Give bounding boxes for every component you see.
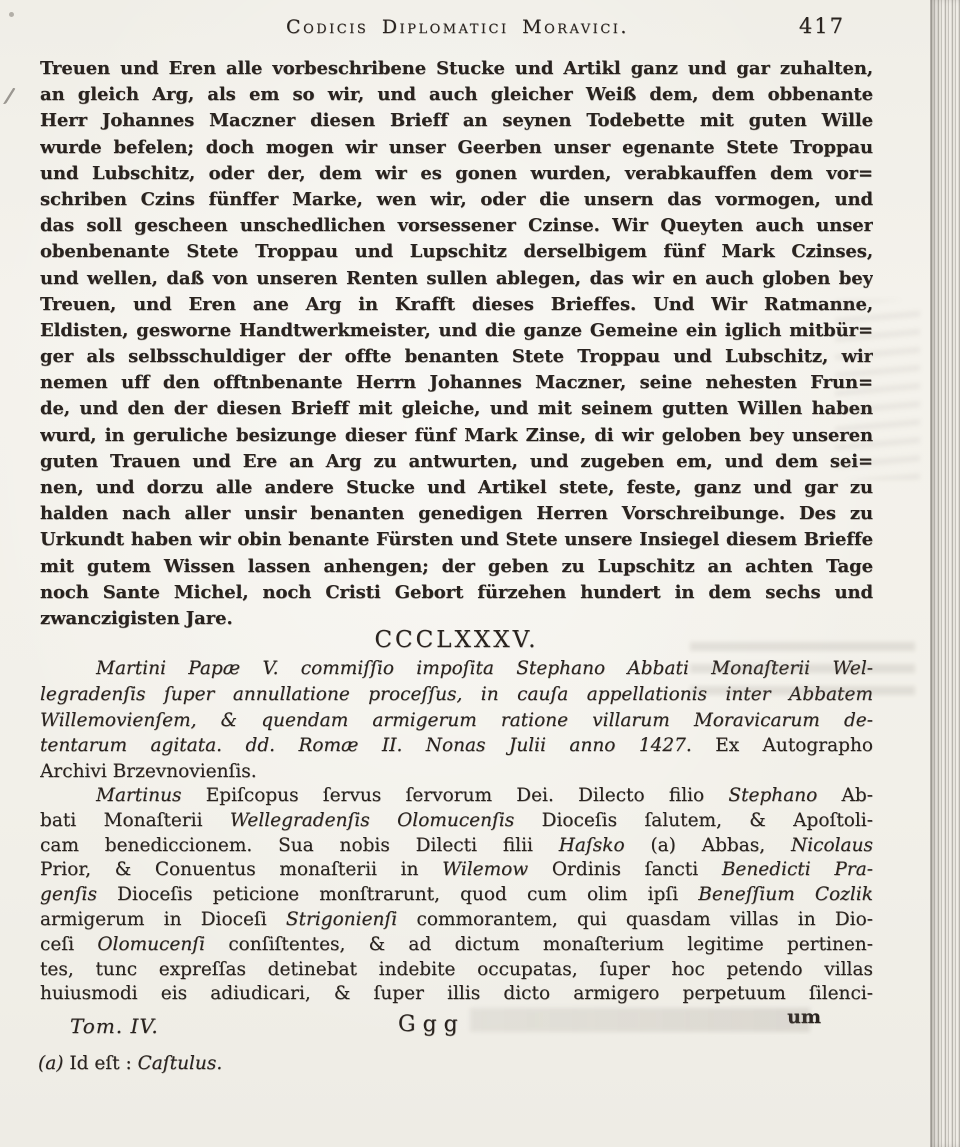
latin-bull-text: Martinus Epiſcopus ſervus ſervorum Dei. … [40, 784, 873, 1007]
text-segment: huiusmodi eis adiudicari, & ſuper illis … [40, 983, 873, 1004]
text-segment: Id eſt : [69, 1053, 137, 1074]
text-line: Martinus Epiſcopus ſervus ſervorum Dei. … [40, 784, 873, 809]
italic-segment: Wilemow [442, 859, 552, 880]
text-segment: bati Monaſterii [40, 810, 230, 831]
text-line: obenbenante Stete Troppau und Lupschitz … [40, 239, 873, 265]
text-segment: armigerum in Dioceſi [40, 909, 286, 930]
page-footer: Tom. IV. Ggg um [40, 1010, 873, 1046]
scanned-page: Codicis Diplomatici Moravici. 417 Treuen… [0, 0, 960, 1147]
italic-segment: Nicolaus [791, 835, 873, 856]
text-segment: Ordinis ſancti [552, 859, 722, 880]
italic-segment: Benedicti Pra- [722, 859, 873, 880]
text-line: tentarum agitata. dd. Romæ II. Nonas Jul… [40, 733, 873, 759]
page-number: 417 [799, 14, 845, 38]
text-line: genſis Dioceſis peticione monſtrarunt, q… [40, 883, 873, 908]
italic-segment: Strigonienſi [286, 909, 417, 930]
text-segment: conſiſtentes, & ad dictum monaſterium le… [228, 934, 873, 955]
text-line: Prior, & Conuentus monaſterii in Wilemow… [40, 858, 873, 883]
text-segment: cam benediccionem. Sua nobis Dilecti fil… [40, 835, 559, 856]
text-segment: commorantem, qui quasdam villas in Dio- [416, 909, 873, 930]
text-line: cam benediccionem. Sua nobis Dilecti fil… [40, 834, 873, 859]
text-segment: Ab- [842, 785, 873, 806]
text-segment: Dioceſis peticione monſtrarunt, quod cum… [117, 884, 698, 905]
italic-segment: (a) [38, 1053, 69, 1074]
italic-segment: tentarum agitata. dd. Romæ II. Nonas Jul… [40, 735, 715, 756]
text-line: nen, und dorzu alle andere Stucke und Ar… [40, 475, 873, 501]
text-segment: ceſi [40, 934, 97, 955]
entry-summary: Martini Papæ V. commiſſio impoſita Steph… [40, 656, 873, 785]
italic-segment: genſis [40, 884, 117, 905]
text-line: Urkundt haben wir obin benante Fürsten u… [40, 527, 873, 553]
italic-segment: Haſsko [559, 835, 651, 856]
text-line: ceſi Olomucenſi conſiſtentes, & ad dictu… [40, 933, 873, 958]
text-line: nemen uff den offtnbenante Herrn Johanne… [40, 370, 873, 396]
italic-segment: Olomucenſi [97, 934, 228, 955]
text-segment: tes, tunc expreſſas detinebat indebite o… [40, 959, 873, 980]
italic-segment: Martini Papæ V. commiſſio impoſita Steph… [96, 658, 873, 679]
tome-label: Tom. IV. [70, 1014, 159, 1038]
text-line: das soll gescheen unschedlichen vorsesse… [40, 213, 873, 239]
text-line: Willemovienſem, & quendam armigerum rati… [40, 708, 873, 734]
text-line: und wellen, daß von unseren Renten sulle… [40, 266, 873, 292]
text-line: an gleich Arg, als em so wir, und auch g… [40, 82, 873, 108]
text-line: de, und den der diesen Brieff mit gleich… [40, 396, 873, 422]
text-line: Treuen und Eren alle vorbeschribene Stuc… [40, 56, 873, 82]
text-line: Eldisten, gesworne Handtwerkmeister, und… [40, 318, 873, 344]
text-segment: (a) Abbas, [650, 835, 791, 856]
text-line: guten Trauen und Ere an Arg zu antwurten… [40, 449, 873, 475]
page-header: Codicis Diplomatici Moravici. 417 [40, 16, 875, 46]
paper-speck [9, 12, 14, 17]
italic-segment: Stephano [728, 785, 841, 806]
italic-segment: Caſtulus. [138, 1053, 223, 1074]
page-gutter-shadow [930, 0, 960, 1147]
text-line: noch Sante Michel, noch Cristi Gebort fü… [40, 580, 873, 606]
text-segment: Prior, & Conuentus monaſterii in [40, 859, 442, 880]
text-line: wurde befelen; doch mogen wir unser Geer… [40, 135, 873, 161]
text-line: legradenſis ſuper annullatione proceſſus… [40, 682, 873, 708]
edge-mark [0, 88, 16, 104]
italic-segment: Martinus [96, 785, 206, 806]
text-line: schriben Czins fünffer Marke, wen wir, o… [40, 187, 873, 213]
quire-signature: Ggg [398, 1012, 465, 1037]
text-line: Treuen, und Eren ane Arg in Krafft diese… [40, 292, 873, 318]
german-charter-text: Treuen und Eren alle vorbeschribene Stuc… [40, 56, 873, 632]
italic-segment: Willemovienſem, & quendam armigerum rati… [40, 710, 873, 731]
italic-segment: legradenſis ſuper annullatione proceſſus… [40, 684, 873, 705]
text-line: Herr Johannes Maczner diesen Brieff an s… [40, 108, 873, 134]
section-number-heading: CCCLXXXV. [40, 627, 873, 653]
text-line: tes, tunc expreſſas detinebat indebite o… [40, 958, 873, 983]
catchword: um [787, 1006, 821, 1028]
text-line: Martini Papæ V. commiſſio impoſita Steph… [40, 656, 873, 682]
text-line: armigerum in Dioceſi Strigonienſi commor… [40, 908, 873, 933]
text-line: (a) Id eſt : Caſtulus. [38, 1051, 871, 1077]
italic-segment: Wellegradenſis Olomucenſis [230, 810, 542, 831]
text-line: bati Monaſterii Wellegradenſis Olomucenſ… [40, 809, 873, 834]
text-line: halden nach aller unsir benanten genedig… [40, 501, 873, 527]
text-line: und Lubschitz, oder der, dem wir es gone… [40, 161, 873, 187]
text-line: huiusmodi eis adiudicari, & ſuper illis … [40, 982, 873, 1007]
text-segment: Epiſcopus ſervus ſervorum Dei. Dilecto f… [206, 785, 729, 806]
text-line: ger als selbsschuldiger der offte benant… [40, 344, 873, 370]
italic-segment: Beneſſium Cozlik [698, 884, 873, 905]
text-line: mit gutem Wissen lassen anhengen; der ge… [40, 554, 873, 580]
running-title: Codicis Diplomatici Moravici. [40, 16, 875, 38]
footnote: (a) Id eſt : Caſtulus. [38, 1051, 871, 1077]
text-segment: Ex Autographo [715, 735, 873, 756]
text-line: Archivi Brzevnovienſis. [40, 759, 873, 785]
text-segment: Dioceſis ſalutem, & Apoſtoli- [542, 810, 873, 831]
text-segment: Archivi Brzevnovienſis. [40, 761, 257, 782]
text-line: wurd, in geruliche besizunge dieser fünf… [40, 423, 873, 449]
